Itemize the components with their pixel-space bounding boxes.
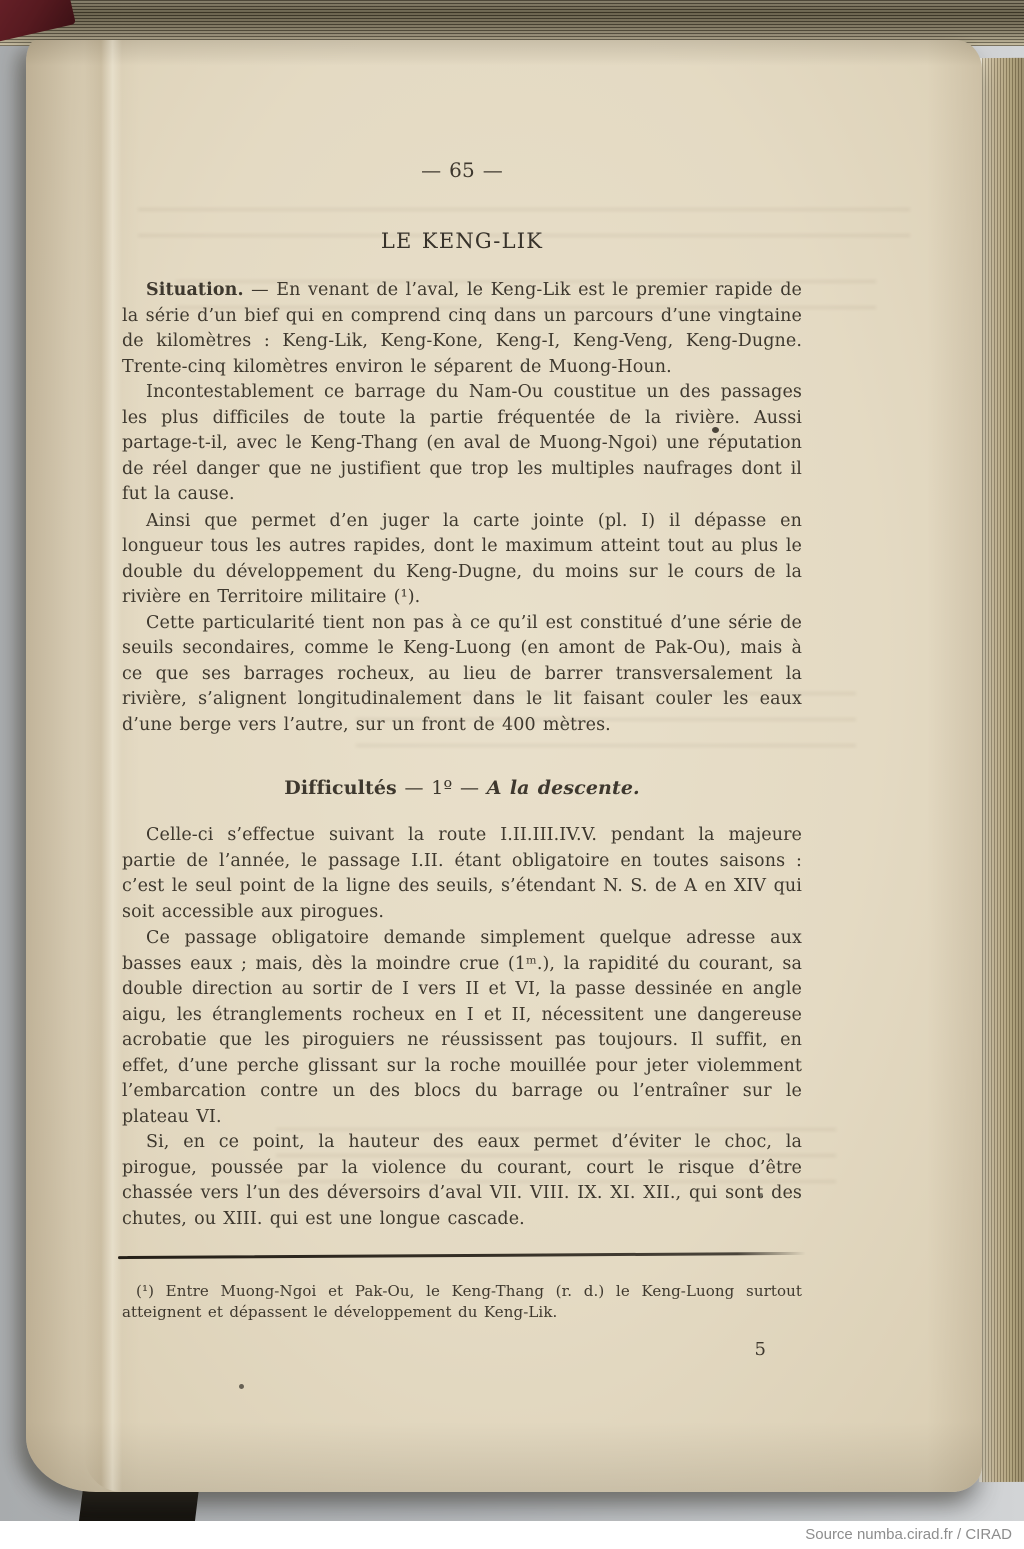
source-credit-bar: Source numba.cirad.fr / CIRAD <box>0 1521 1024 1549</box>
footnote-text: (¹) Entre Muong-Ngoi et Pak-Ou, le Keng-… <box>122 1281 802 1323</box>
paragraph-si: Si, en ce point, la hauteur des eaux per… <box>122 1130 802 1232</box>
footnote-rule <box>118 1252 806 1259</box>
section-heading-word: Difficultés <box>284 777 397 799</box>
source-credit-text: Source numba.cirad.fr / CIRAD <box>805 1526 1012 1543</box>
paragraph-ce-passage: Ce passage obligatoire demande simplemen… <box>122 926 802 1130</box>
text-column: — 65 — LE KENG-LIK Situation. — En venan… <box>122 40 802 1362</box>
book-scan-viewer: — 65 — LE KENG-LIK Situation. — En venan… <box>0 0 1024 1549</box>
section-heading-italic: A la descente. <box>487 777 640 799</box>
paragraph-ainsi: Ainsi que permet d’en juger la carte joi… <box>122 509 802 611</box>
book-fore-edge <box>979 58 1024 1482</box>
chapter-title: LE KENG-LIK <box>122 227 802 255</box>
page-gutter-crease <box>84 40 122 1492</box>
signature-number: 5 <box>122 1338 802 1362</box>
paragraph-lead-word: Situation. <box>146 280 244 300</box>
ink-speck <box>239 1384 244 1389</box>
paragraph-incontestablement: Incontestablement ce barrage du Nam-Ou c… <box>122 380 802 508</box>
paragraph-celle-ci: Celle-ci s’effectue suivant la route I.I… <box>122 823 802 925</box>
section-heading: Difficultés — 1º — A la descente. <box>122 775 802 801</box>
folio-page-number: — 65 — <box>122 157 802 183</box>
book-page: — 65 — LE KENG-LIK Situation. — En venan… <box>26 40 982 1492</box>
paragraph-situation: Situation. — En venant de l’aval, le Ken… <box>122 278 802 380</box>
paragraph-cette: Cette particularité tient non pas à ce q… <box>122 611 802 739</box>
section-heading-separator: — 1º — <box>397 777 487 799</box>
